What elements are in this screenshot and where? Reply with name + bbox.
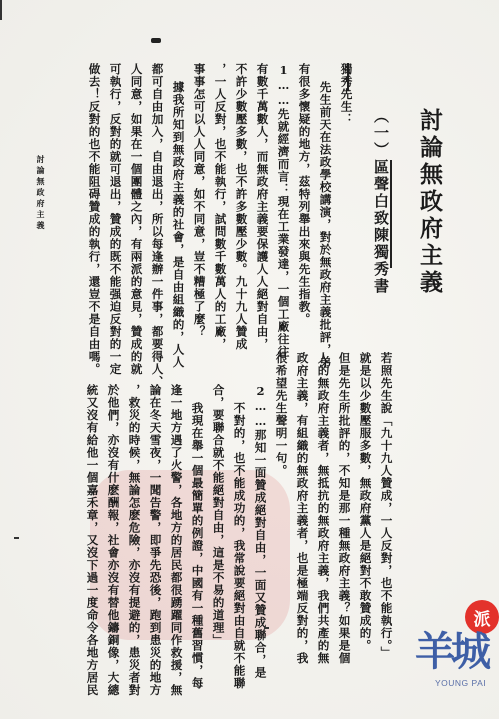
scanned-page: 討論無政府主義 （一）區聲白致陳獨秀書 獨秀先生：先生前天在法政學校講演，對於無… <box>0 0 499 719</box>
ink-mark <box>14 537 19 539</box>
text-column: 做去！反對的也不能阻碍贊成的執行，還豈不是自由嗎。 <box>88 63 100 376</box>
text-column: 我現在舉一個最簡單的例證，中國有一種舊習慣，每 <box>191 402 203 690</box>
text-column: 事事怎可以人人同意，如不同意，豈不糟極了麼？ <box>193 63 205 338</box>
text-column: 人同意，如果在一個團體之內，有兩派的意見，贊成的就 <box>130 63 142 376</box>
text-column: 據我所知到無政府主義的社會，是自由組織的，人人 <box>172 81 184 369</box>
text-column: 1……先就經濟而言：現在工業發達，一個工廠往往 <box>277 63 289 358</box>
text-column: 但是先生所批評的，不知是那一種無政府主義？如果是個 <box>338 352 350 665</box>
watermark-logo: 派 羊城 YOUNG PAI <box>415 600 499 700</box>
text-column: 逢一地方遇了火警，各地方的居民都很踴躍同作救援，無 <box>170 384 182 697</box>
text-column: 不對的，也不能成功的，我常說要絕對由自就不能聯 <box>233 402 245 690</box>
text-column: 很希望先生聲明一句。 <box>275 352 287 477</box>
text-column: ，一人反對，也不能執行，試問數千數萬人的工廠， <box>214 63 226 351</box>
ink-mark <box>264 627 269 629</box>
text-column: 於他們，亦沒有什麽酬報，社會亦沒有替他鑄銅像，大總 <box>107 384 119 697</box>
text-column: ，救災的時候，無論怎麽危險，亦沒有提避的，患災者對 <box>128 384 140 697</box>
page-edge-rule <box>0 0 2 20</box>
text-column: 不許少數壓多數，也不許多數壓少數。九十九人贊成 <box>235 63 247 351</box>
text-column: 獨秀先生： <box>340 63 352 126</box>
proper-name-underline <box>390 160 392 268</box>
text-column: 統又沒有給他一個嘉禾章，又沒下過一度命令各地方居民 <box>86 384 98 697</box>
article-title: 討論無政府主義 <box>418 108 441 297</box>
running-header: 討論無政府主義 <box>36 155 47 232</box>
text-column: 有數千萬數人，而無政府主義要保護人人絕對自由， <box>256 63 268 351</box>
text-column: 論在冬天雪夜，一聞告警，即爭先恐後，跑到患災的地方 <box>149 384 161 697</box>
page-blot-mark <box>151 38 161 43</box>
logo-sub-text: YOUNG PAI <box>435 678 486 688</box>
logo-main-text: 羊城 <box>415 620 487 677</box>
text-column: 政府主義，有組織的無政府主義者，也是極端反對的，我 <box>296 352 308 665</box>
text-column: 有很多懷疑的地方，茲特列舉出來與先生指教。 <box>298 63 310 326</box>
text-column: 合，要聯合就不能絕對自由，這是不易的道理」 <box>212 384 224 647</box>
text-column: 2……那知一面贊成絕對自由，一面又贊成聯合，是 <box>254 384 266 679</box>
text-column: 可執行，反對的就可退出，贊成的既不能强迫反對的一定 <box>109 63 121 376</box>
text-column: 若照先生說「九十九人贊成，一人反對，也不能執行。」 <box>380 352 392 659</box>
text-column: 就是以少數壓服多數，無政府黨人是絕對不敢贊成的。 <box>359 352 371 652</box>
text-column: 先生前天在法政學校講演，對於無政府主義批評，弟 <box>319 81 331 369</box>
text-column: 都可自由加入，自由退出，所以每逢辦一件事，都要得人、 <box>151 63 163 388</box>
text-column: 人的無政府主義者，無抵抗的無政府主義，我們共產的無 <box>317 352 329 665</box>
article-subtitle: （一）區聲白致陳獨秀書 <box>373 108 388 295</box>
